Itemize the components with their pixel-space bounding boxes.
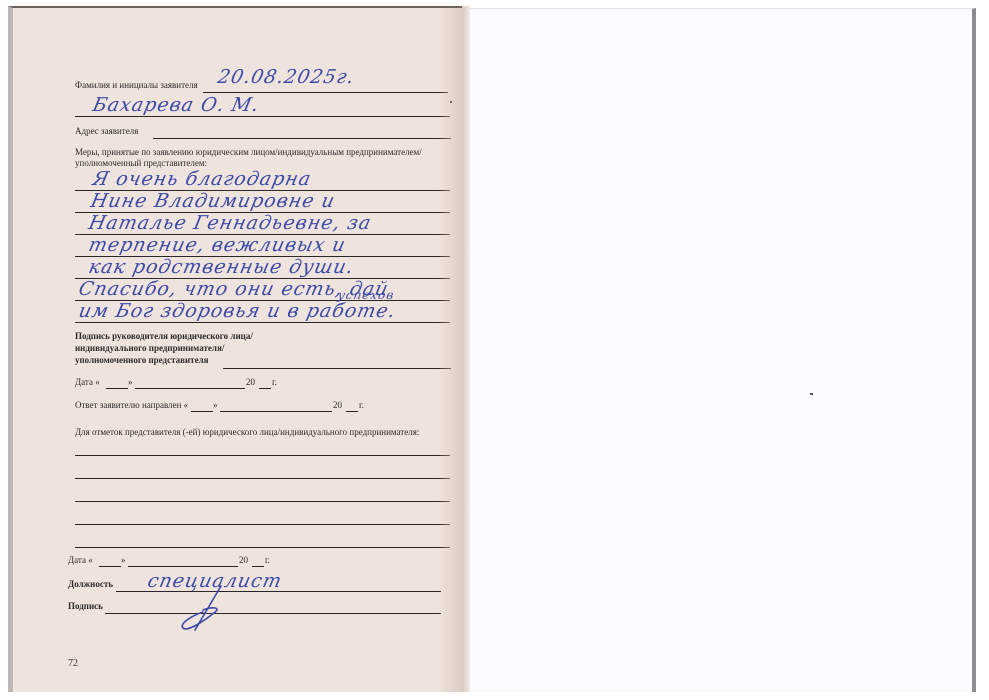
measures-line-7 <box>75 322 450 323</box>
left-page: Фамилия и инициалы заявителя 20.08.2025г… <box>8 6 468 692</box>
reply-day-line <box>191 411 213 412</box>
signature-line <box>105 613 441 614</box>
date2-year: 20 <box>239 555 248 565</box>
signature-scribble-icon <box>173 582 233 634</box>
speck <box>810 393 813 395</box>
date1-year: 20 <box>246 377 255 387</box>
date2-year-line <box>252 566 264 567</box>
reply-year-line <box>346 411 358 412</box>
date2-label: Дата « <box>68 555 93 565</box>
head-signature-label-line1: Подпись руководителя юридического лица/ <box>75 331 253 341</box>
reply-month-line <box>220 411 332 412</box>
reply-year: 20 <box>333 400 342 410</box>
notes-line-2 <box>75 478 450 479</box>
applicant-name-line <box>203 92 448 93</box>
reply-mid: » <box>213 400 218 410</box>
head-signature-label-line2: индивидуального предпринимателя/ <box>75 343 224 353</box>
applicant-name-label: Фамилия и инициалы заявителя <box>75 80 198 90</box>
handwritten-line-3: Наталье Геннадьевне, за <box>87 212 374 234</box>
handwritten-date: 20.08.2025г. <box>216 66 357 88</box>
applicant-name-line-2 <box>75 116 450 117</box>
date2-suffix: г. <box>265 555 270 565</box>
notes-label: Для отметок представителя (-ей) юридичес… <box>75 427 419 437</box>
address-label: Адрес заявителя <box>75 126 138 136</box>
measures-label-line2: уполномоченный представителем: <box>75 158 207 168</box>
page-number: 72 <box>68 658 78 669</box>
notes-line-1 <box>75 455 450 456</box>
date2-month-line <box>128 566 238 567</box>
position-label: Должность <box>68 579 113 589</box>
notes-line-3 <box>75 501 450 502</box>
date1-month-line <box>135 388 245 389</box>
date1-label: Дата « <box>75 377 100 387</box>
handwritten-line-5: как родственные души. <box>87 256 356 278</box>
date1-day-line <box>106 388 128 389</box>
date1-mid: » <box>128 377 133 387</box>
handwritten-line-1: Я очень благодарна <box>91 168 314 190</box>
handwritten-line-2: Нине Владимировне и <box>89 190 338 212</box>
ink-dot <box>450 101 452 103</box>
head-signature-label-line3: уполномоченного представителя <box>75 355 209 365</box>
date1-suffix: г. <box>272 377 277 387</box>
notes-line-4 <box>75 524 450 525</box>
reply-sent-label: Ответ заявителю направлен « <box>75 400 188 410</box>
handwritten-line-4: терпение, вежливых и <box>87 234 348 256</box>
date2-mid: » <box>121 555 126 565</box>
handwritten-applicant-name: Бахарева О. М. <box>91 94 262 116</box>
head-signature-line <box>223 368 451 369</box>
notes-line-5 <box>75 547 450 548</box>
measures-label-line1: Меры, принятые по заявлению юридическим … <box>75 147 422 157</box>
date2-day-line <box>99 566 121 567</box>
handwritten-insertion: успехов <box>337 288 396 302</box>
handwritten-line-7: им Бог здоровья и в работе. <box>77 300 398 322</box>
signature-label: Подпись <box>68 601 103 611</box>
right-page-blank <box>470 8 976 692</box>
date1-year-line <box>259 388 271 389</box>
book-spine <box>462 6 470 692</box>
reply-suffix: г. <box>359 400 364 410</box>
address-line <box>153 138 451 139</box>
